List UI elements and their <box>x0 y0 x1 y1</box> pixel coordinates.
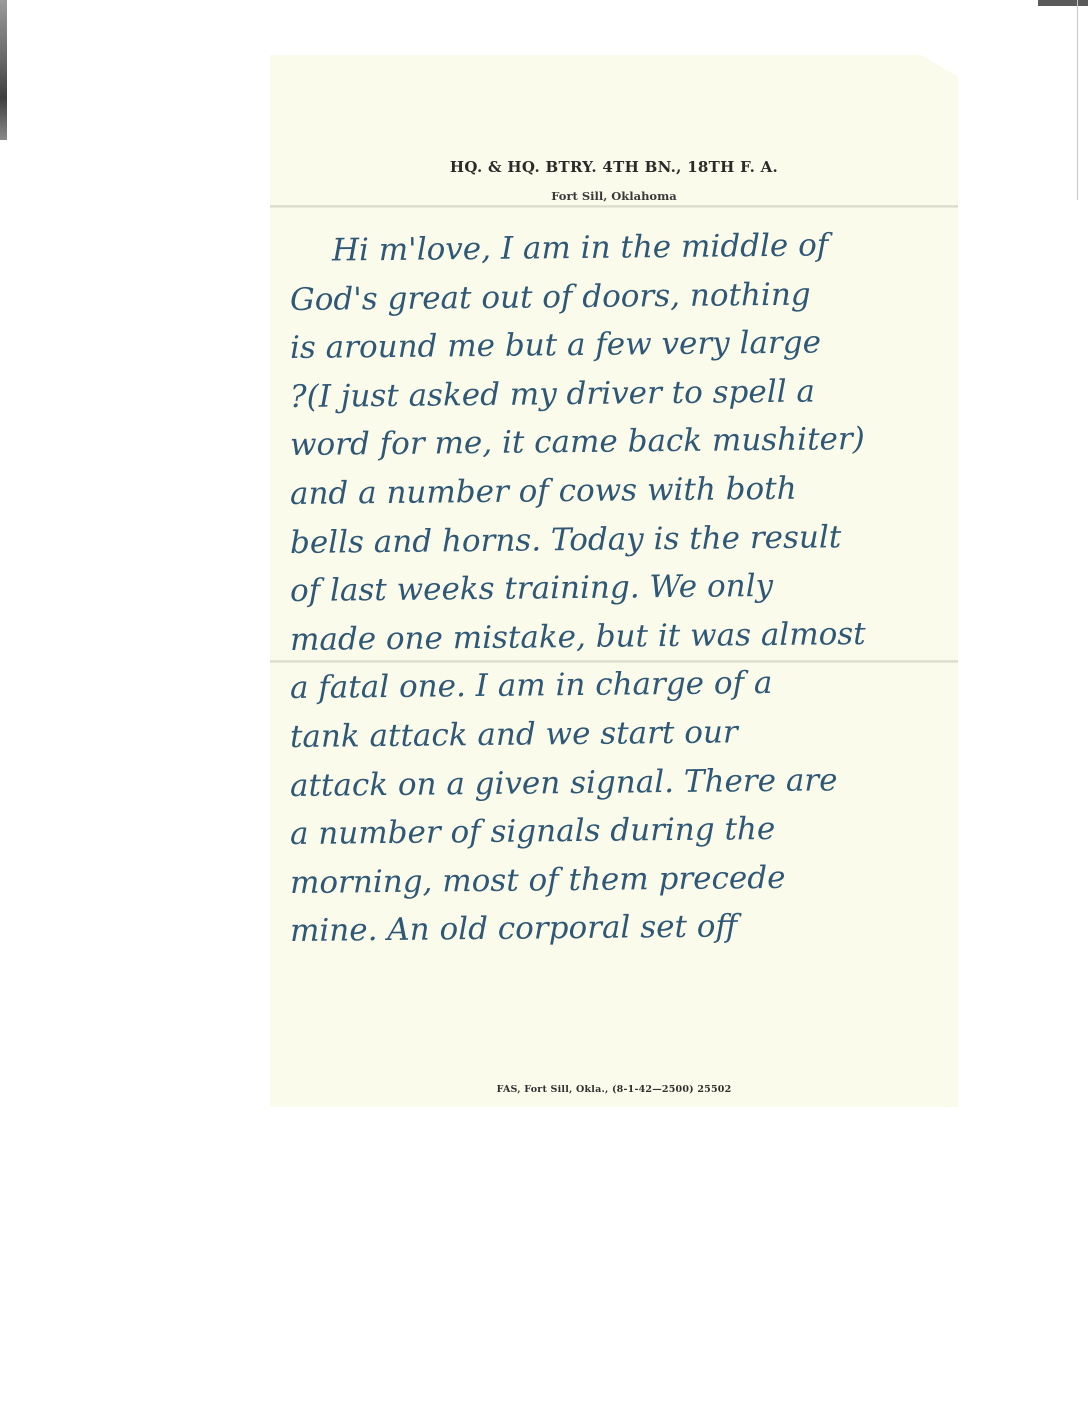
body-line: and a number of cows with both <box>290 463 940 518</box>
letter-paper: HQ. & HQ. BTRY. 4TH BN., 18TH F. A. Fort… <box>270 55 958 1107</box>
printer-footer: FAS, Fort Sill, Okla., (8-1-42—2500) 255… <box>270 1084 958 1095</box>
fold-line-upper <box>270 205 958 208</box>
body-line: attack on a given signal. There are <box>290 755 940 810</box>
body-line: Hi m'love, I am in the middle of <box>290 220 940 275</box>
scanner-edge-left <box>0 0 7 140</box>
body-line: a number of signals during the <box>290 803 940 858</box>
body-line: is around me but a few very large <box>290 317 940 372</box>
letter-body: Hi m'love, I am in the middle of God's g… <box>290 227 940 956</box>
letterhead-location: Fort Sill, Oklahoma <box>270 189 958 203</box>
body-line: bells and horns. Today is the result <box>290 512 940 567</box>
body-line: morning, most of them precede <box>290 852 940 907</box>
body-line: word for me, it came back mushiter) <box>290 415 940 470</box>
scanner-edge-right <box>1038 0 1088 6</box>
body-line: God's great out of doors, nothing <box>290 269 940 324</box>
body-line: made one mistake, but it was almost <box>290 609 940 664</box>
body-line: tank attack and we start our <box>290 706 940 761</box>
scanner-edge-right-line <box>1077 0 1078 200</box>
body-line: mine. An old corporal set off <box>290 901 940 956</box>
letterhead-title: HQ. & HQ. BTRY. 4TH BN., 18TH F. A. <box>270 158 958 176</box>
body-line: of last weeks training. We only <box>290 560 940 615</box>
body-line: a fatal one. I am in charge of a <box>290 658 940 713</box>
body-line: ?(I just asked my driver to spell a <box>290 366 940 421</box>
